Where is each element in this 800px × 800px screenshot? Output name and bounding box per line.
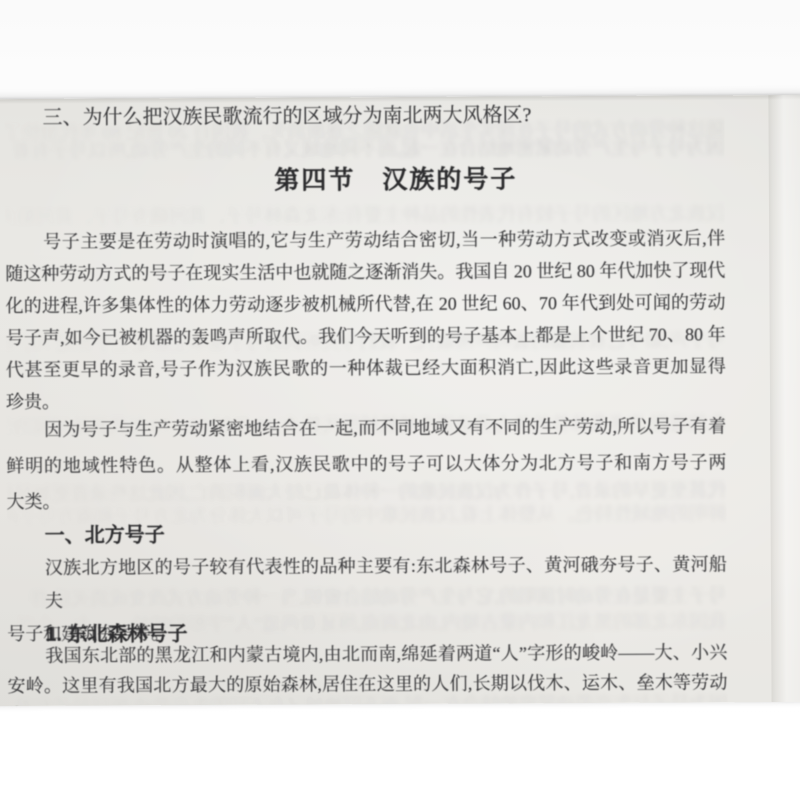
section-title-block: 第四节 汉族的号子 <box>5 159 725 201</box>
photo-background: 随这种劳动方式的号子在现实生活中也就随之逐渐消失。我国自 20 世纪 80 年代… <box>0 0 800 800</box>
paragraph-forest: 我国东北部的黑龙江和内蒙古境内,由北而南,绵延着两道“人”字形的峻岭——大、小兴… <box>7 637 727 706</box>
text-line: 安岭。这里有我国北方最大的原始森林,居住在这里的人们,长期以伐木、运木、垒木等劳… <box>7 667 727 706</box>
book-page-photo: 随这种劳动方式的号子在现实生活中也就随之逐渐消失。我国自 20 世纪 80 年代… <box>0 95 800 706</box>
text-line: 号子声,如今已被机器的轰鸣声所取代。我们今天听到的号子基本上都是上个世纪 70、… <box>6 318 726 354</box>
text-line: 化的进程,许多集体性的体力劳动逐步被机械所代替,在 20 世纪 60、70 年代… <box>5 286 725 322</box>
review-question-block: 三、为什么把汉族民歌流行的区域分为南北两大风格区? <box>4 99 724 133</box>
section-title: 第四节 汉族的号子 <box>67 159 725 200</box>
heading-north-hozi: 一、北方号子 <box>7 517 727 551</box>
text-line: 因为号子与生产劳动紧密地结合在一起,而不同地域又有不同的生产劳动,所以号子有着 <box>6 408 726 448</box>
text-line: 大类。 <box>6 480 726 520</box>
text-line: 我国东北部的黑龙江和内蒙古境内,由北而南,绵延着两道“人”字形的峻岭——大、小兴 <box>7 637 727 671</box>
heading-north-hozi-block: 一、北方号子 <box>7 517 727 551</box>
text-line: 号子主要是在劳动时演唱的,它与生产劳动结合密切,当一种劳动方式改变或消灭后,伴 <box>5 222 725 258</box>
printed-text-layer: 三、为什么把汉族民歌流行的区域分为南北两大风格区? 第四节 汉族的号子 号子主要… <box>4 95 727 706</box>
review-question: 三、为什么把汉族民歌流行的区域分为南北两大风格区? <box>4 99 724 133</box>
page-right-edge-crease <box>768 95 800 702</box>
text-line: 随这种劳动方式的号子在现实生活中也就随之逐渐消失。我国自 20 世纪 80 年代… <box>5 254 725 290</box>
paragraph-regional: 因为号子与生产劳动紧密地结合在一起,而不同地域又有不同的生产劳动,所以号子有着 … <box>6 408 727 520</box>
text-line: 汉族北方地区的号子较有代表性的品种主要有:东北森林号子、黄河硪夯号子、黄河船夫 <box>7 548 727 618</box>
text-line: 鲜明的地域性特色。从整体上看,汉族民歌中的号子可以大体分为北方号子和南方号子两 <box>6 444 726 484</box>
paragraph-intro: 号子主要是在劳动时演唱的,它与生产劳动结合密切,当一种劳动方式改变或消灭后,伴 … <box>5 222 726 418</box>
text-line: 代甚至更早的录音,号子作为汉族民歌的一种体裁已经大面积消亡,因此这些录音更加显得 <box>6 350 726 386</box>
